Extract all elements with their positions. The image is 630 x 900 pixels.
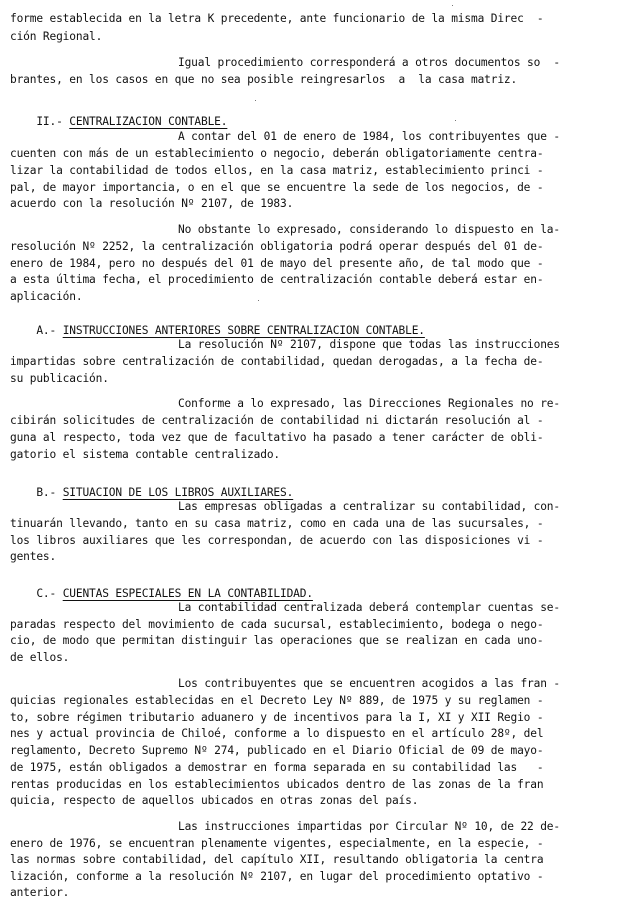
heading-title: INSTRUCCIONES ANTERIORES SOBRE CENTRALIZ… (63, 324, 425, 337)
text-line: a esta última fecha, el procedimiento de… (10, 273, 622, 287)
text-line: lizar la contabilidad de todos ellos, en… (10, 164, 622, 178)
text-line: de ellos. (10, 651, 622, 665)
text-line: gentes. (10, 550, 622, 564)
heading-title: CUENTAS ESPECIALES EN LA CONTABILIDAD. (63, 587, 313, 600)
text-line: Las instrucciones impartidas por Circula… (10, 820, 622, 834)
text-line: lización, conforme a la resolución Nº 21… (10, 870, 622, 884)
text-line: cibirán solicitudes de centralización de… (10, 414, 622, 428)
text-line: quicias regionales establecidas en el De… (10, 694, 622, 708)
document-page: forme establecida en la letra K preceden… (0, 0, 630, 900)
text-line: cio, de modo que permitan distinguir las… (10, 634, 622, 648)
text-line: A contar del 01 de enero de 1984, los co… (10, 130, 622, 144)
text-line: nes y actual provincia de Chiloé, confor… (10, 727, 622, 741)
text-line: reglamento, Decreto Supremo Nº 274, publ… (10, 744, 622, 758)
text-line: aplicación. (10, 290, 622, 304)
text-line: tinuarán llevando, tanto en su casa matr… (10, 517, 622, 531)
text-line: ción Regional. (10, 30, 622, 44)
text-line: cuenten con más de un establecimiento o … (10, 147, 622, 161)
text-line: enero de 1984, pero no después del 01 de… (10, 257, 622, 271)
scan-speck (520, 640, 521, 641)
heading-prefix: C.- (36, 587, 62, 600)
text-line: La resolución Nº 2107, dispone que todas… (10, 338, 622, 352)
text-line: Los contribuyentes que se encuentren aco… (10, 677, 622, 691)
text-line: pal, de mayor importancia, o en el que s… (10, 181, 622, 195)
text-line: Conforme a lo expresado, las Direcciones… (10, 397, 622, 411)
heading-title: SITUACION DE LOS LIBROS AUXILIARES. (63, 486, 294, 499)
scan-speck (452, 5, 453, 6)
heading-prefix: II.- (36, 115, 69, 128)
text-line: guna al respecto, toda vez que de facult… (10, 431, 622, 445)
scan-speck (258, 300, 259, 301)
heading-prefix: A.- (36, 324, 62, 337)
text-line: enero de 1976, se encuentran plenamente … (10, 837, 622, 851)
text-line: paradas respecto del movimiento de cada … (10, 618, 622, 632)
text-line: quicia, respecto de aquellos ubicados en… (10, 794, 622, 808)
text-line: brantes, en los casos en que no sea posi… (10, 73, 622, 87)
text-line: to, sobre régimen tributario aduanero y … (10, 711, 622, 725)
text-line: los libros auxiliares que les correspond… (10, 534, 622, 548)
text-line: anterior. (10, 886, 622, 900)
text-line: gatorio el sistema contable centralizado… (10, 448, 622, 462)
heading-prefix: B.- (36, 486, 62, 499)
text-line: acuerdo con la resolución Nº 2107, de 19… (10, 197, 622, 211)
text-line: impartidas sobre centralización de conta… (10, 355, 622, 369)
text-line: resolución Nº 2252, la centralización ob… (10, 240, 622, 254)
text-line: las normas sobre contabilidad, del capít… (10, 853, 622, 867)
scan-speck (255, 100, 256, 101)
text-line: Igual procedimiento corresponderá a otro… (10, 56, 622, 70)
text-line: No obstante lo expresado, considerando l… (10, 223, 622, 237)
text-line: de 1975, están obligados a demostrar en … (10, 761, 622, 775)
heading-title: CENTRALIZACION CONTABLE. (69, 115, 227, 128)
text-line: forme establecida en la letra K preceden… (10, 12, 622, 26)
scan-speck (455, 120, 456, 121)
text-line: rentas producidas en los establecimiento… (10, 778, 622, 792)
text-line: su publicación. (10, 372, 622, 386)
text-line: La contabilidad centralizada deberá cont… (10, 601, 622, 615)
text-line: Las empresas obligadas a centralizar su … (10, 500, 622, 514)
